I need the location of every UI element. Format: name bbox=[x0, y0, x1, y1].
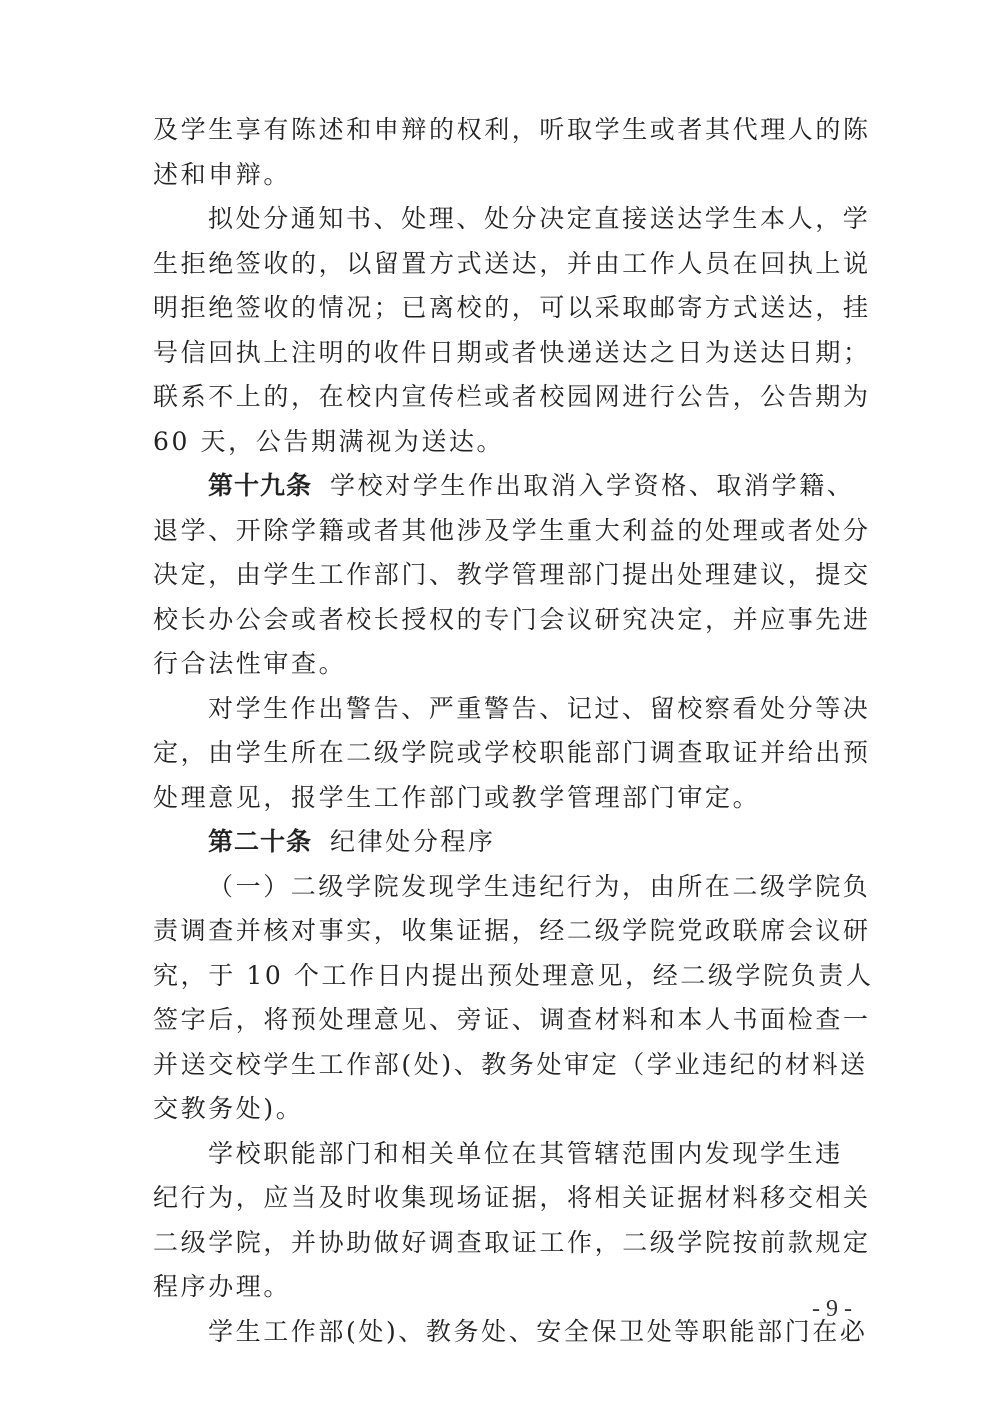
line-text: 明拒绝签收的情况；已离校的，可以采取邮寄方式送达，挂 bbox=[153, 293, 871, 322]
line-text: 述和申辩。 bbox=[153, 160, 291, 189]
line-text: 责调查并核对事实，收集证据，经二级学院党政联席会议研 bbox=[153, 916, 871, 945]
line-text: 及学生享有陈述和申辩的权利，听取学生或者其代理人的陈 bbox=[153, 115, 871, 144]
line-text: 究，于 10 个工作日内提出预处理意见，经二级学院负责人 bbox=[153, 961, 874, 990]
line-text: 联系不上的，在校内宣传栏或者校园网进行公告，公告期为 bbox=[153, 382, 871, 411]
line-text: 纪律处分程序 bbox=[330, 827, 496, 856]
text-line: （一）二级学院发现学生违纪行为，由所在二级学院负 bbox=[153, 865, 853, 910]
text-line: 拟处分通知书、处理、处分决定直接送达学生本人，学 bbox=[153, 197, 853, 242]
text-line: 对学生作出警告、严重警告、记过、留校察看处分等决 bbox=[153, 687, 853, 732]
line-text: 签字后，将预处理意见、旁证、调查材料和本人书面检查一 bbox=[153, 1005, 871, 1034]
text-line: 二级学院，并协助做好调查取证工作，二级学院按前款规定 bbox=[153, 1221, 853, 1266]
line-text: 决定，由学生工作部门、教学管理部门提出处理建议，提交 bbox=[153, 560, 871, 589]
text-line: 究，于 10 个工作日内提出预处理意见，经二级学院负责人 bbox=[153, 954, 853, 999]
page-number: - 9 - bbox=[812, 1296, 852, 1323]
line-text: 学校职能部门和相关单位在其管辖范围内发现学生违 bbox=[208, 1139, 843, 1168]
line-text: 二级学院，并协助做好调查取证工作，二级学院按前款规定 bbox=[153, 1228, 871, 1257]
line-text: 生拒绝签收的，以留置方式送达，并由工作人员在回执上说 bbox=[153, 249, 871, 278]
text-line: 60 天，公告期满视为送达。 bbox=[153, 420, 853, 465]
text-line: 处理意见，报学生工作部门或教学管理部门审定。 bbox=[153, 776, 853, 821]
line-text: 行合法性审查。 bbox=[153, 649, 346, 678]
text-line: 责调查并核对事实，收集证据，经二级学院党政联席会议研 bbox=[153, 909, 853, 954]
line-text: 处理意见，报学生工作部门或教学管理部门审定。 bbox=[153, 783, 760, 812]
text-line: 退学、开除学籍或者其他涉及学生重大利益的处理或者处分 bbox=[153, 509, 853, 554]
line-text: 对学生作出警告、严重警告、记过、留校察看处分等决 bbox=[208, 694, 870, 723]
article-heading: 第十九条 bbox=[208, 471, 312, 500]
text-line: 签字后，将预处理意见、旁证、调查材料和本人书面检查一 bbox=[153, 998, 853, 1043]
text-line: 定，由学生所在二级学院或学校职能部门调查取证并给出预 bbox=[153, 731, 853, 776]
line-text: 纪行为，应当及时收集现场证据，将相关证据材料移交相关 bbox=[153, 1183, 871, 1212]
text-line: 决定，由学生工作部门、教学管理部门提出处理建议，提交 bbox=[153, 553, 853, 598]
text-line: 纪行为，应当及时收集现场证据，将相关证据材料移交相关 bbox=[153, 1176, 853, 1221]
line-text: 学生工作部(处)、教务处、安全保卫处等职能部门在必 bbox=[208, 1317, 868, 1346]
text-line: 学校职能部门和相关单位在其管辖范围内发现学生违 bbox=[153, 1132, 853, 1177]
line-text: 学校对学生作出取消入学资格、取消学籍、 bbox=[330, 471, 854, 500]
text-line: 及学生享有陈述和申辩的权利，听取学生或者其代理人的陈 bbox=[153, 108, 853, 153]
document-body: 及学生享有陈述和申辩的权利，听取学生或者其代理人的陈述和申辩。拟处分通知书、处理… bbox=[153, 108, 853, 1354]
text-line: 号信回执上注明的收件日期或者快递送达之日为送达日期； bbox=[153, 331, 853, 376]
line-text: 号信回执上注明的收件日期或者快递送达之日为送达日期； bbox=[153, 338, 871, 367]
text-line: 并送交校学生工作部(处)、教务处审定（学业违纪的材料送 bbox=[153, 1043, 853, 1088]
line-text: 并送交校学生工作部(处)、教务处审定（学业违纪的材料送 bbox=[153, 1050, 868, 1079]
text-line: 校长办公会或者校长授权的专门会议研究决定，并应事先进 bbox=[153, 598, 853, 643]
article-heading: 第二十条 bbox=[208, 827, 312, 856]
article-line: 第二十条纪律处分程序 bbox=[153, 820, 853, 865]
text-line: 交教务处)。 bbox=[153, 1087, 853, 1132]
text-line: 述和申辩。 bbox=[153, 153, 853, 198]
text-line: 联系不上的，在校内宣传栏或者校园网进行公告，公告期为 bbox=[153, 375, 853, 420]
text-line: 明拒绝签收的情况；已离校的，可以采取邮寄方式送达，挂 bbox=[153, 286, 853, 331]
text-line: 生拒绝签收的，以留置方式送达，并由工作人员在回执上说 bbox=[153, 242, 853, 287]
line-text: 交教务处)。 bbox=[153, 1094, 303, 1123]
article-line: 第十九条学校对学生作出取消入学资格、取消学籍、 bbox=[153, 464, 853, 509]
line-text: 校长办公会或者校长授权的专门会议研究决定，并应事先进 bbox=[153, 605, 871, 634]
text-line: 行合法性审查。 bbox=[153, 642, 853, 687]
line-text: 退学、开除学籍或者其他涉及学生重大利益的处理或者处分 bbox=[153, 516, 871, 545]
text-line: 学生工作部(处)、教务处、安全保卫处等职能部门在必 bbox=[153, 1310, 853, 1355]
line-text: 60 天，公告期满视为送达。 bbox=[153, 427, 504, 456]
line-text: 定，由学生所在二级学院或学校职能部门调查取证并给出预 bbox=[153, 738, 871, 767]
text-line: 程序办理。 bbox=[153, 1265, 853, 1310]
line-text: （一）二级学院发现学生违纪行为，由所在二级学院负 bbox=[208, 872, 870, 901]
line-text: 拟处分通知书、处理、处分决定直接送达学生本人，学 bbox=[208, 204, 870, 233]
line-text: 程序办理。 bbox=[153, 1272, 291, 1301]
